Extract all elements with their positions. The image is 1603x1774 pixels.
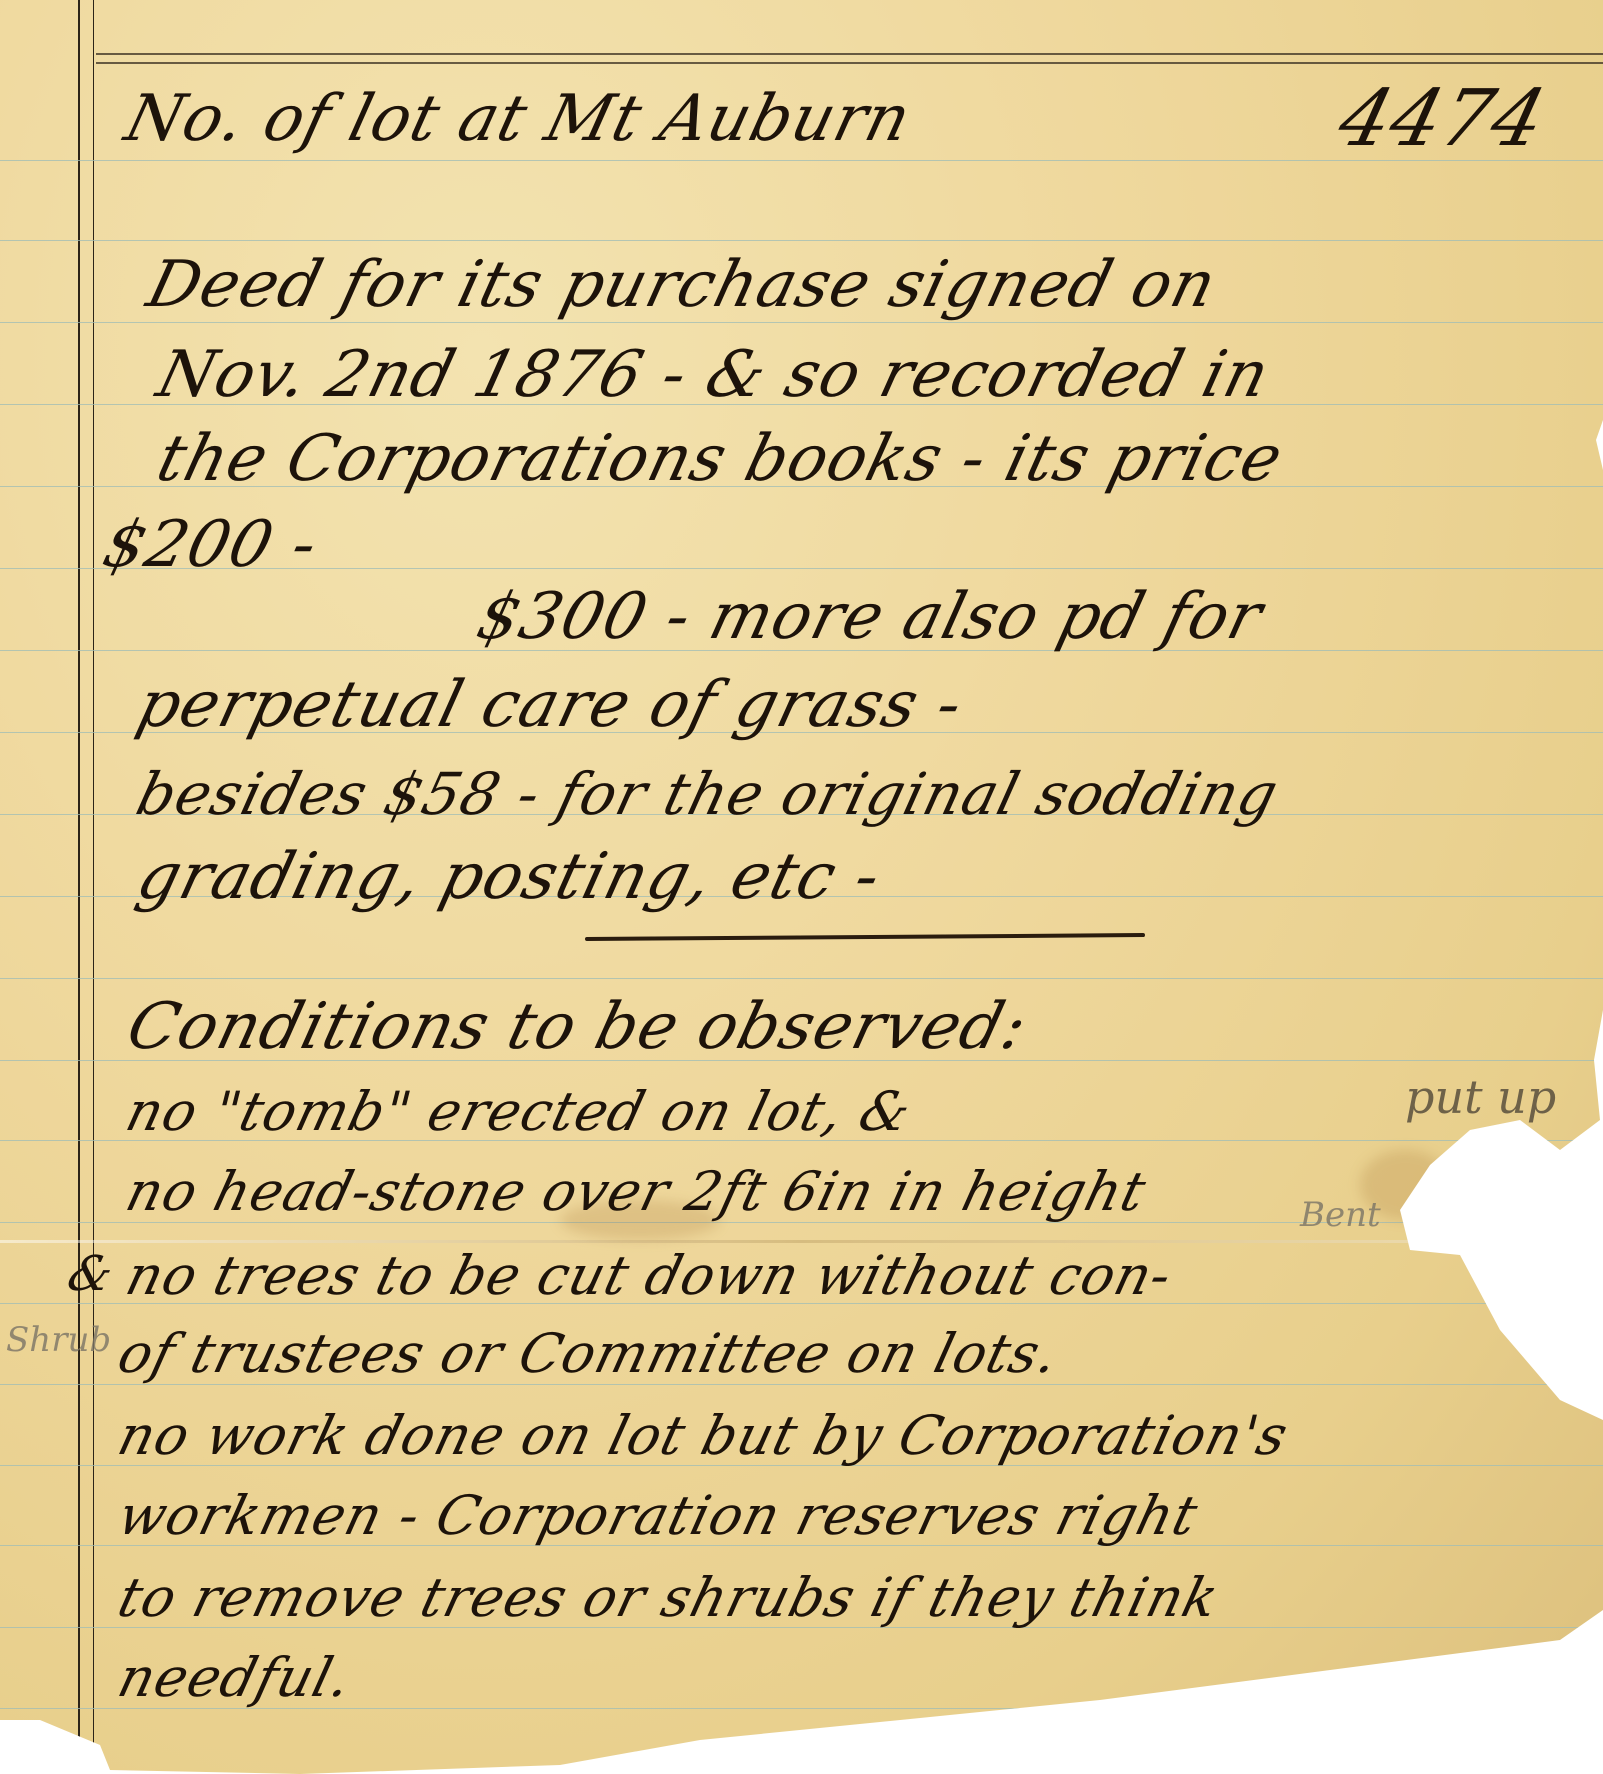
condition-line-1: no "tomb" erected on lot, & bbox=[120, 1080, 918, 1143]
condition-line-6: workmen - Corporation reserves right bbox=[112, 1484, 1204, 1547]
heading-label: No. of lot at Mt Auburn bbox=[118, 82, 918, 156]
document-page: No. of lot at Mt Auburn 4474 Deed for it… bbox=[0, 0, 1603, 1774]
body-line-2: Nov. 2nd 1876 - & so recorded in bbox=[150, 338, 1277, 412]
margin-rule-inner bbox=[93, 0, 94, 1760]
condition-line-8: needful. bbox=[112, 1646, 358, 1709]
marginal-ampersand: & bbox=[62, 1246, 120, 1302]
condition-line-4: of trustees or Committee on lots. bbox=[112, 1322, 1065, 1385]
body-line-4-price: $200 - bbox=[96, 508, 325, 582]
pencil-note-margin: Shrub bbox=[6, 1320, 111, 1360]
condition-line-5: no work done on lot but by Corporation's bbox=[112, 1404, 1295, 1467]
ruled-line bbox=[0, 322, 1603, 323]
header-rule-top bbox=[96, 53, 1603, 55]
conditions-title: Conditions to be observed: bbox=[120, 990, 1035, 1064]
ruled-line bbox=[0, 978, 1603, 979]
ruled-line bbox=[0, 240, 1603, 241]
body-line-1: Deed for its purchase signed on bbox=[140, 248, 1224, 322]
pencil-note-overlay: Bent bbox=[1300, 1195, 1381, 1235]
lot-number: 4474 bbox=[1330, 74, 1555, 164]
condition-line-7: to remove trees or shrubs if they think bbox=[112, 1566, 1225, 1629]
condition-line-3: no trees to be cut down without con- bbox=[120, 1244, 1179, 1307]
body-line-7: besides $58 - for the original sodding bbox=[130, 760, 1285, 828]
pencil-note-put-up: put up bbox=[1405, 1070, 1556, 1124]
body-line-5: $300 - more also pd for bbox=[470, 580, 1270, 654]
margin-rule-outer bbox=[78, 0, 80, 1760]
paper-fold-crease bbox=[0, 1240, 1603, 1243]
body-line-6: perpetual care of grass - bbox=[130, 668, 970, 742]
section-divider bbox=[585, 933, 1145, 941]
condition-line-2: no head-stone over 2ft 6in in height bbox=[120, 1160, 1153, 1223]
header-rule-bottom bbox=[96, 62, 1603, 64]
body-line-8: grading, posting, etc - bbox=[130, 840, 888, 914]
body-line-3: the Corporations books - its price bbox=[150, 422, 1290, 496]
